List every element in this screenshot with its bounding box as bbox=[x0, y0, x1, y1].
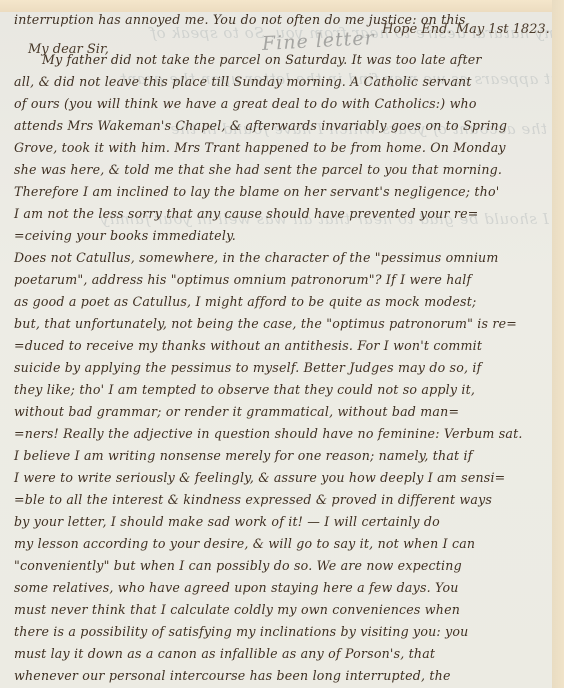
letter-line: Therefore I am inclined to lay the blame… bbox=[14, 184, 542, 200]
letter-line: as good a poet as Catullus, I might affo… bbox=[14, 294, 542, 310]
letter-line: my lesson according to your desire, & wi… bbox=[14, 536, 542, 552]
letter-line: I believe I am writing nonsense merely f… bbox=[14, 448, 542, 464]
letter-line: My father did not take the parcel on Sat… bbox=[42, 52, 552, 68]
letter-line: interruption has annoyed me. You do not … bbox=[14, 12, 542, 28]
paper-right-edge bbox=[552, 0, 564, 688]
letter-line: I were to write seriously & feelingly, &… bbox=[14, 470, 542, 486]
letter-line: but, that unfortunately, not being the c… bbox=[14, 316, 542, 332]
letter-line: without bad grammar; or render it gramma… bbox=[14, 404, 542, 420]
letter-line: some relatives, who have agreed upon sta… bbox=[14, 580, 542, 596]
letter-line: =duced to receive my thanks without an a… bbox=[14, 338, 542, 354]
letter-line: =ble to all the interest & kindness expr… bbox=[14, 492, 542, 508]
letter-line: "conveniently" but when I can possibly d… bbox=[14, 558, 542, 574]
letter-line: must lay it down as a canon as infallibl… bbox=[14, 646, 542, 662]
letter-line: must never think that I calculate coldly… bbox=[14, 602, 542, 618]
letter-line: Does not Catullus, somewhere, in the cha… bbox=[14, 250, 542, 266]
pencil-annotation: Fine letter bbox=[262, 27, 376, 55]
letter-line: she was here, & told me that she had sen… bbox=[14, 162, 542, 178]
letter-line: =ners! Really the adjective in question … bbox=[14, 426, 542, 442]
letter-line: poetarum", address his "optimus omnium p… bbox=[14, 272, 542, 288]
letter-line: of ours (you will think we have a great … bbox=[14, 96, 542, 112]
letter-line: there is a possibility of satisfying my … bbox=[14, 624, 542, 640]
letter-line: Grove, took it with him. Mrs Trant happe… bbox=[14, 140, 542, 156]
letter-line: suicide by applying the pessimus to myse… bbox=[14, 360, 542, 376]
letter-line: attends Mrs Wakeman's Chapel, & afterwar… bbox=[14, 118, 542, 134]
letter-line: =ceiving your books immediately. bbox=[14, 228, 542, 244]
letter-page: respect, it is my natural desire to hear… bbox=[0, 12, 552, 688]
letter-line: by your letter, I should make sad work o… bbox=[14, 514, 542, 530]
letter-line: whenever our personal intercourse has be… bbox=[14, 668, 542, 684]
letter-line: I am not the less sorry that any cause s… bbox=[14, 206, 542, 222]
letter-line: they like; tho' I am tempted to observe … bbox=[14, 382, 542, 398]
paper-top-edge bbox=[0, 0, 564, 12]
letter-line: all, & did not leave this place till Sun… bbox=[14, 74, 542, 90]
